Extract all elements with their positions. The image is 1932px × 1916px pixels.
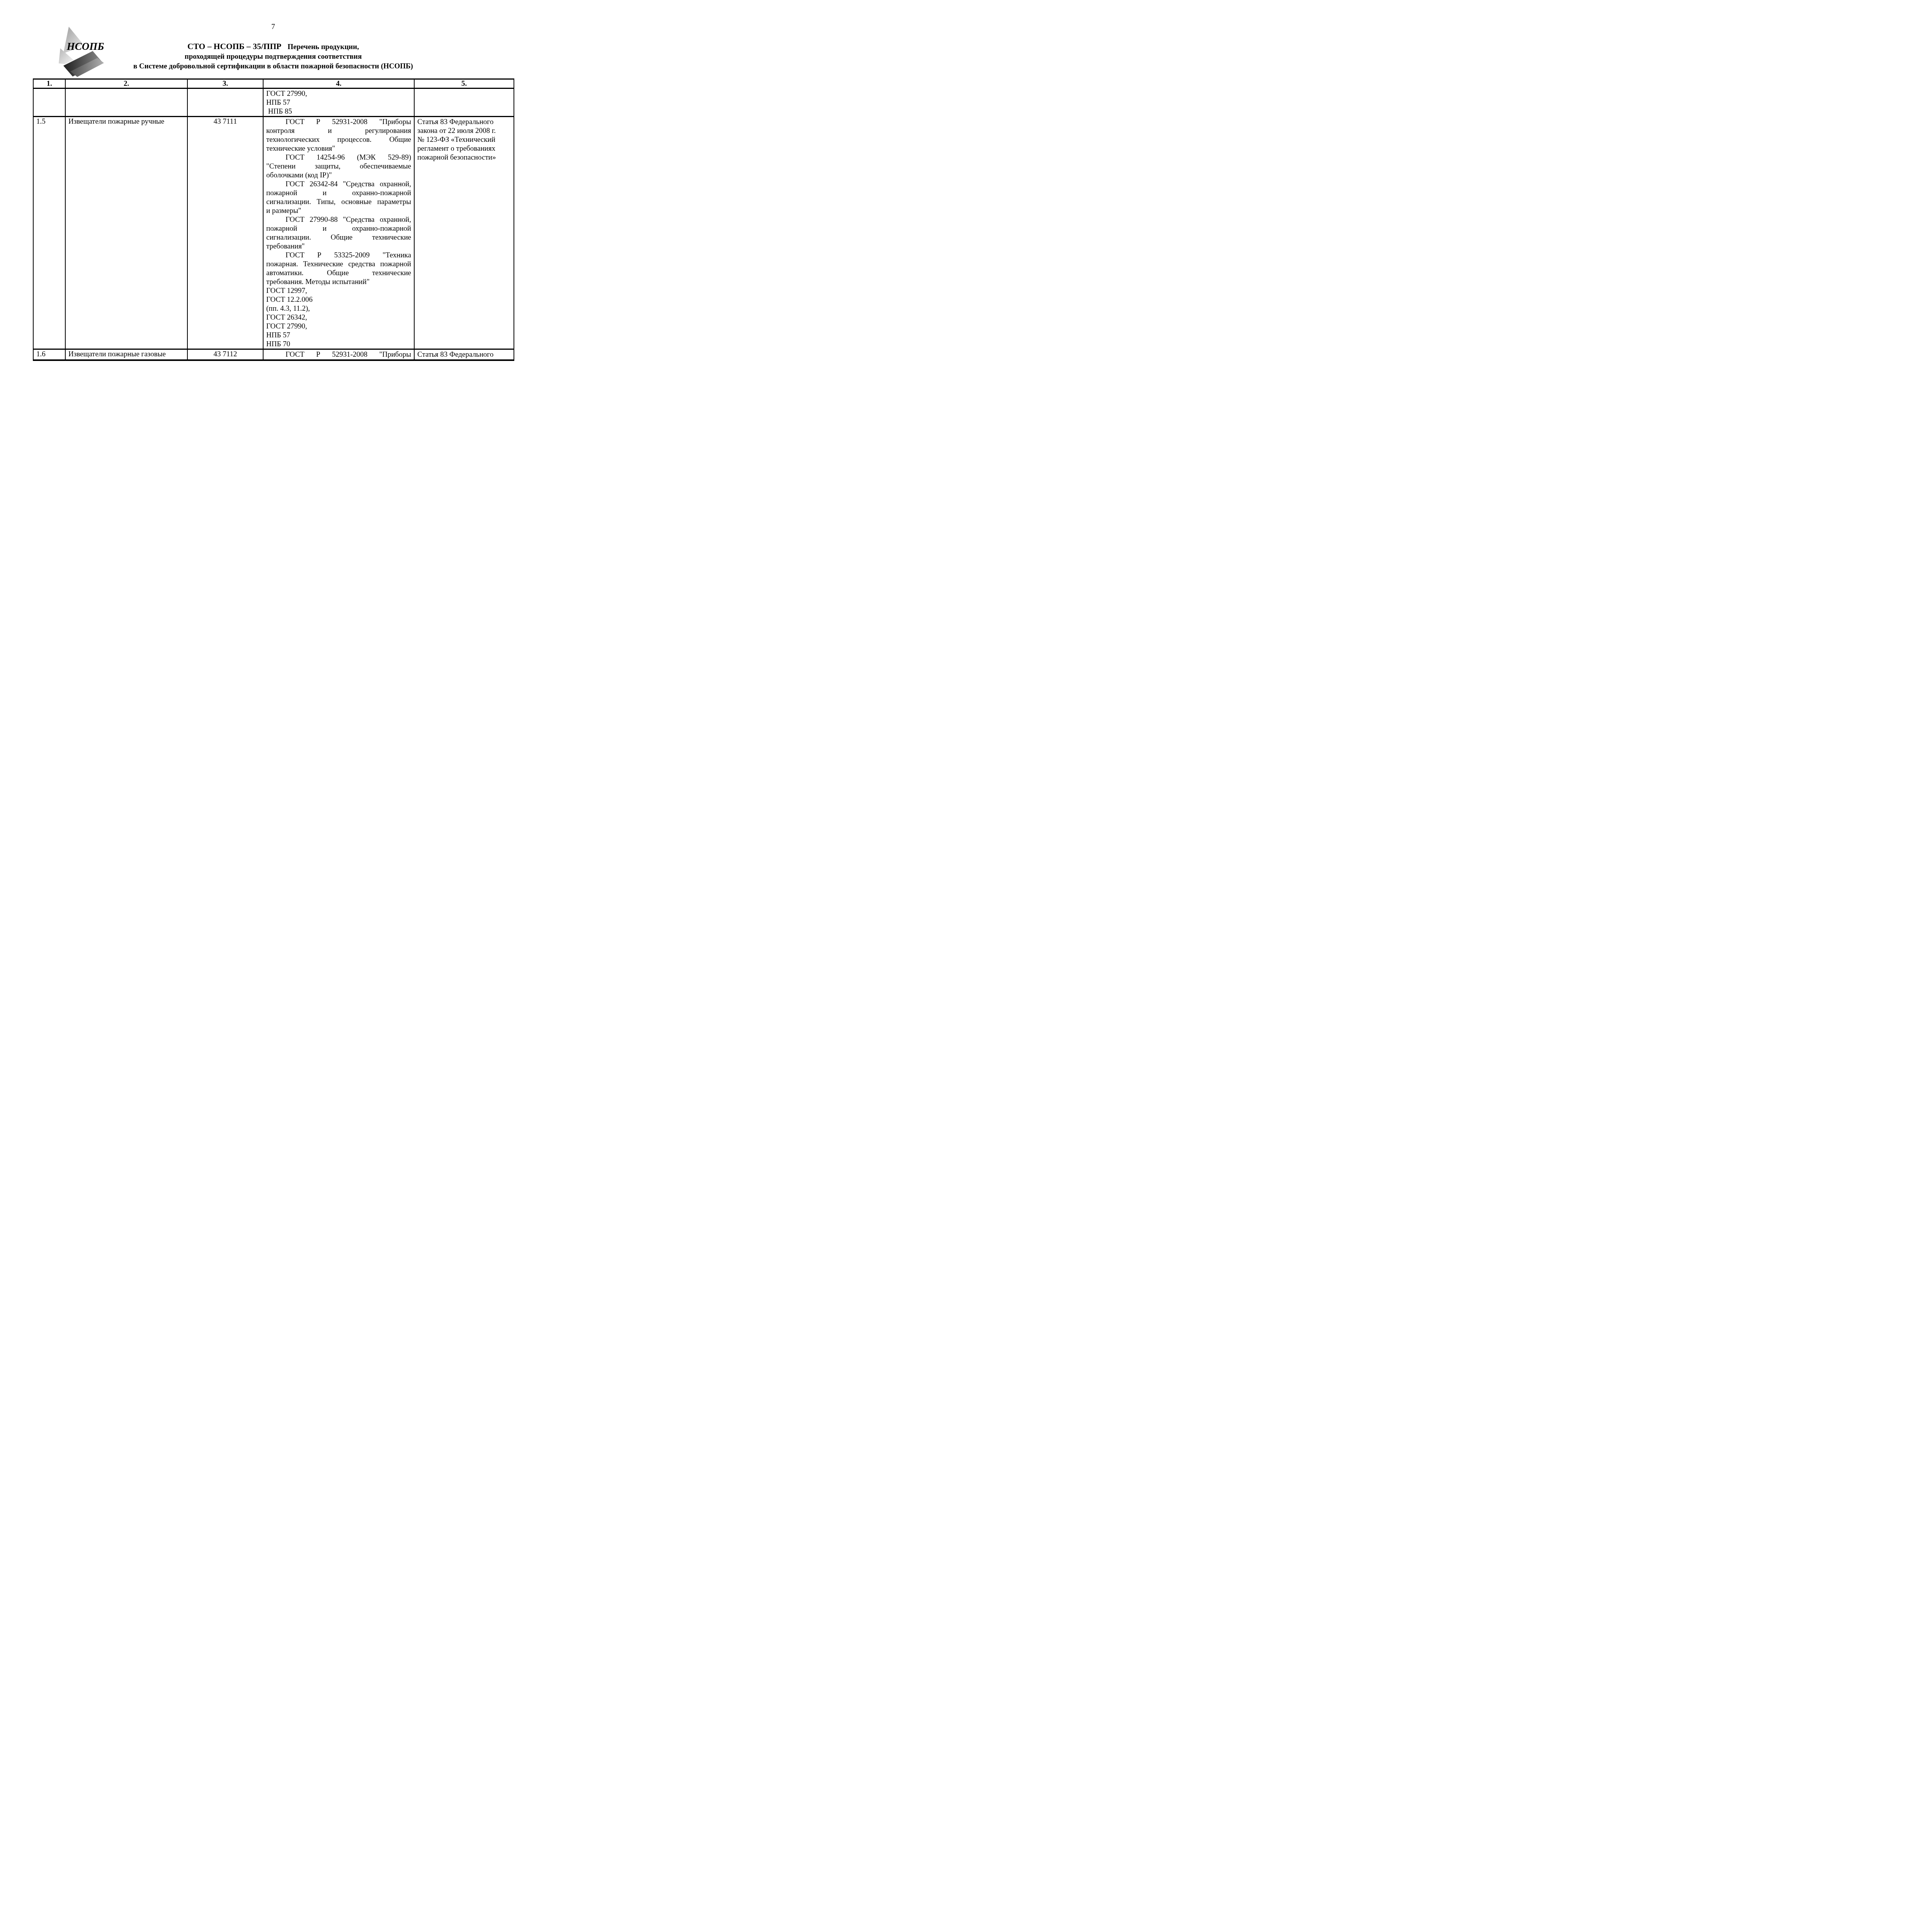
basis-line: Статья 83 Федерального: [417, 117, 511, 126]
legal-basis-cell: [414, 88, 514, 117]
standard-line: ГОСТ 26342-84 "Средства охранной,: [266, 180, 411, 189]
standard-line: ГОСТ 12.2.006: [266, 295, 411, 304]
row-number-cell: 1.5: [33, 117, 65, 349]
standard-line: "Степени защиты, обеспечиваемые: [266, 162, 411, 171]
document-title: СТО – НСОПБ – 35/ППРПеречень продукции, …: [33, 42, 514, 71]
col-header-1: 1.: [33, 79, 65, 88]
products-table: 1. 2. 3. 4. 5. ГОСТ 27990, НПБ 57 НПБ 85: [33, 78, 514, 361]
product-name-cell: [65, 88, 187, 117]
standard-line: ГОСТ Р 53325-2009 "Техника: [266, 251, 411, 260]
table-row-1-5: 1.5 Извещатели пожарные ручные 43 7111 Г…: [33, 117, 514, 349]
standard-line: пожарной и охранно-пожарной: [266, 189, 411, 197]
standard-line: ГОСТ 27990,: [266, 89, 411, 98]
standard-line: ГОСТ 26342,: [266, 313, 411, 322]
standard-line: требования. Методы испытаний": [266, 277, 411, 286]
standard-line: пожарной и охранно-пожарной: [266, 224, 411, 233]
standard-line: ГОСТ 14254-96 (МЭК 529-89): [266, 153, 411, 162]
basis-line: № 123-ФЗ «Технический: [417, 135, 511, 144]
product-name-cell: Извещатели пожарные ручные: [65, 117, 187, 349]
standard-line: НПБ 57: [266, 331, 411, 340]
table-row-continuation: ГОСТ 27990, НПБ 57 НПБ 85: [33, 88, 514, 117]
legal-basis-cell: Статья 83 Федерального закона от 22 июля…: [414, 117, 514, 349]
col-header-2: 2.: [65, 79, 187, 88]
standard-line: ГОСТ 27990,: [266, 322, 411, 331]
standard-line: пожарная. Технические средства пожарной: [266, 260, 411, 269]
standard-line: технологических процессов. Общие: [266, 135, 411, 144]
doc-code: СТО – НСОПБ – 35/ППР: [187, 42, 281, 51]
col-header-4: 4.: [263, 79, 414, 88]
standard-line: сигнализации. Типы, основные параметры: [266, 197, 411, 206]
col-header-3: 3.: [187, 79, 263, 88]
standard-line: ГОСТ Р 52931-2008 "Приборы: [266, 350, 411, 359]
standard-line: контроля и регулирования: [266, 126, 411, 135]
table-header-row: 1. 2. 3. 4. 5.: [33, 79, 514, 88]
basis-line: Статья 83 Федерального: [417, 350, 511, 359]
title-line1-rest: Перечень продукции,: [287, 43, 359, 51]
standard-line: требования": [266, 242, 411, 251]
basis-line: пожарной безопасности»: [417, 153, 511, 162]
okp-code-cell: 43 7112: [187, 349, 263, 361]
title-line1: СТО – НСОПБ – 35/ППРПеречень продукции,: [33, 42, 514, 52]
document-page: 7: [0, 0, 543, 383]
standard-line: ГОСТ 12997,: [266, 286, 411, 295]
standard-line: оболочками (код IP)": [266, 171, 411, 180]
row-number-cell: [33, 88, 65, 117]
standard-line: НПБ 70: [266, 340, 411, 349]
standard-line: НПБ 85: [266, 107, 411, 116]
title-line3: в Системе добровольной сертификации в об…: [33, 61, 514, 71]
standard-line: ГОСТ 27990-88 "Средства охранной,: [266, 215, 411, 224]
standards-cell: ГОСТ Р 52931-2008 "Приборы: [263, 349, 414, 361]
standards-cell: ГОСТ 27990, НПБ 57 НПБ 85: [263, 88, 414, 117]
standard-line: ГОСТ Р 52931-2008 "Приборы: [266, 117, 411, 126]
row-number-cell: 1.6: [33, 349, 65, 361]
standard-line: и размеры": [266, 206, 411, 215]
product-name-cell: Извещатели пожарные газовые: [65, 349, 187, 361]
okp-code-cell: 43 7111: [187, 117, 263, 349]
standards-cell: ГОСТ Р 52931-2008 "Приборы контроля и ре…: [263, 117, 414, 349]
standard-line: автоматики. Общие технические: [266, 269, 411, 277]
title-line2: проходящей процедуры подтверждения соотв…: [33, 52, 514, 61]
col-header-5: 5.: [414, 79, 514, 88]
okp-code-cell: [187, 88, 263, 117]
standard-line: технические условия": [266, 144, 411, 153]
legal-basis-cell: Статья 83 Федерального: [414, 349, 514, 361]
basis-line: регламент о требованиях: [417, 144, 511, 153]
table-row-1-6: 1.6 Извещатели пожарные газовые 43 7112 …: [33, 349, 514, 361]
standard-line: (пп. 4.3, 11.2),: [266, 304, 411, 313]
standard-line: сигнализации. Общие технические: [266, 233, 411, 242]
standard-line: НПБ 57: [266, 98, 411, 107]
basis-line: закона от 22 июля 2008 г.: [417, 126, 511, 135]
